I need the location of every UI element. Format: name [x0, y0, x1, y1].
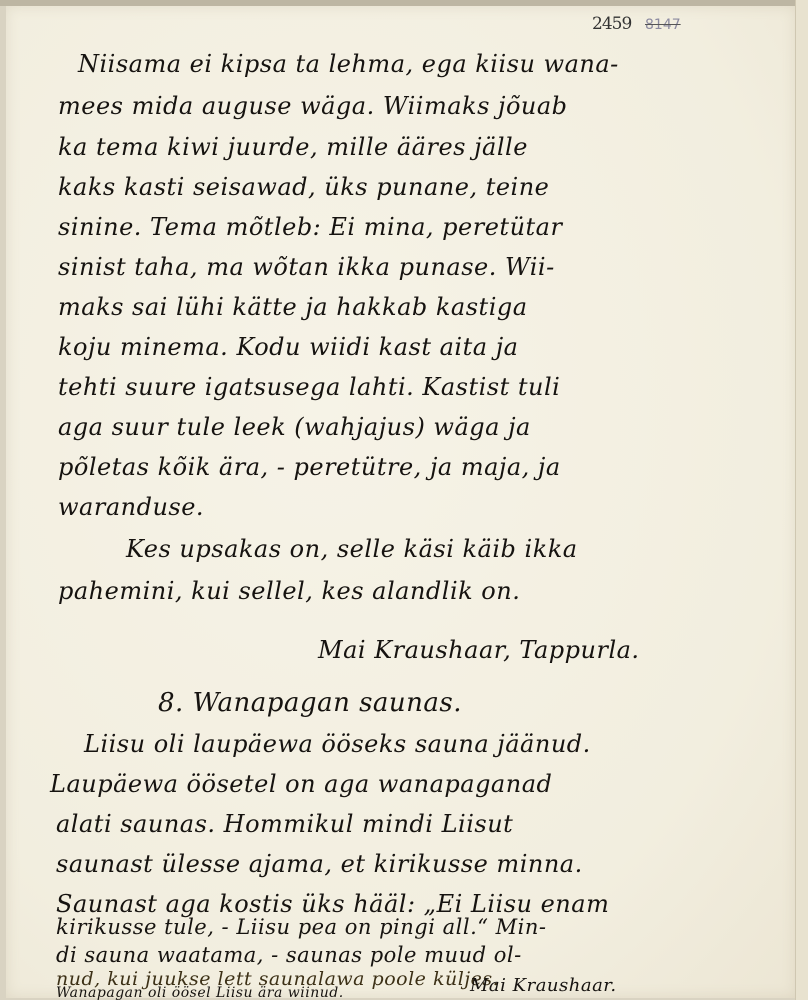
story2-line: Wanapagan oli öösel Liisu ära wiinud.: [56, 985, 344, 1000]
story2-line: Liisu oli laupäewa ööseks sauna jäänud.: [84, 730, 591, 758]
story2-line: di sauna waatama, - saunas pole muud ol-: [56, 943, 522, 967]
story1-line: Niisama ei kipsa ta lehma, ega kiisu wan…: [78, 50, 619, 78]
story1-line: koju minema. Kodu wiidi kast aita ja: [58, 333, 518, 361]
story1-line: põletas kõik ära, - peretütre, ja maja, …: [58, 453, 561, 481]
archive-number: 2459: [592, 14, 631, 34]
moral-line: Kes upsakas on, selle käsi käib ikka: [126, 535, 578, 563]
story1-line: ka tema kiwi juurde, mille ääres jälle: [58, 133, 528, 161]
story1-line: maks sai lühi kätte ja hakkab kastiga: [58, 293, 528, 321]
page-right-edge: [795, 0, 808, 1000]
story1-line: tehti suure igatsusega lahti. Kastist tu…: [58, 373, 560, 401]
story2-line: alati saunas. Hommikul mindi Liisut: [56, 810, 513, 838]
story1-line: sinist taha, ma wõtan ikka punase. Wii-: [58, 253, 555, 281]
story2-line: Saunast aga kostis üks hääl: „Ei Liisu e…: [56, 890, 609, 918]
old-archive-number-struck: 8147: [645, 17, 681, 33]
story2-heading: 8. Wanapagan saunas.: [158, 688, 462, 718]
signature-2: Mai Kraushaar.: [470, 975, 617, 996]
signature-1: Mai Kraushaar, Tappurla.: [318, 636, 640, 664]
moral-line: pahemini, kui sellel, kes alandlik on.: [58, 577, 520, 605]
story2-line: saunast ülesse ajama, et kirikusse minna…: [56, 850, 583, 878]
story1-line: mees mida auguse wäga. Wiimaks jõuab: [58, 92, 568, 120]
story2-line: kirikusse tule, - Liisu pea on pingi all…: [56, 915, 547, 939]
story1-line: kaks kasti seisawad, üks punane, teine: [58, 173, 549, 201]
story1-line: sinine. Tema mõtleb: Ei mina, peretütar: [58, 213, 562, 241]
story1-line: waranduse.: [58, 493, 204, 521]
story1-line: aga suur tule leek (wahjajus) wäga ja: [58, 413, 531, 441]
story2-line: Laupäewa öösetel on aga wanapaganad: [50, 770, 552, 798]
